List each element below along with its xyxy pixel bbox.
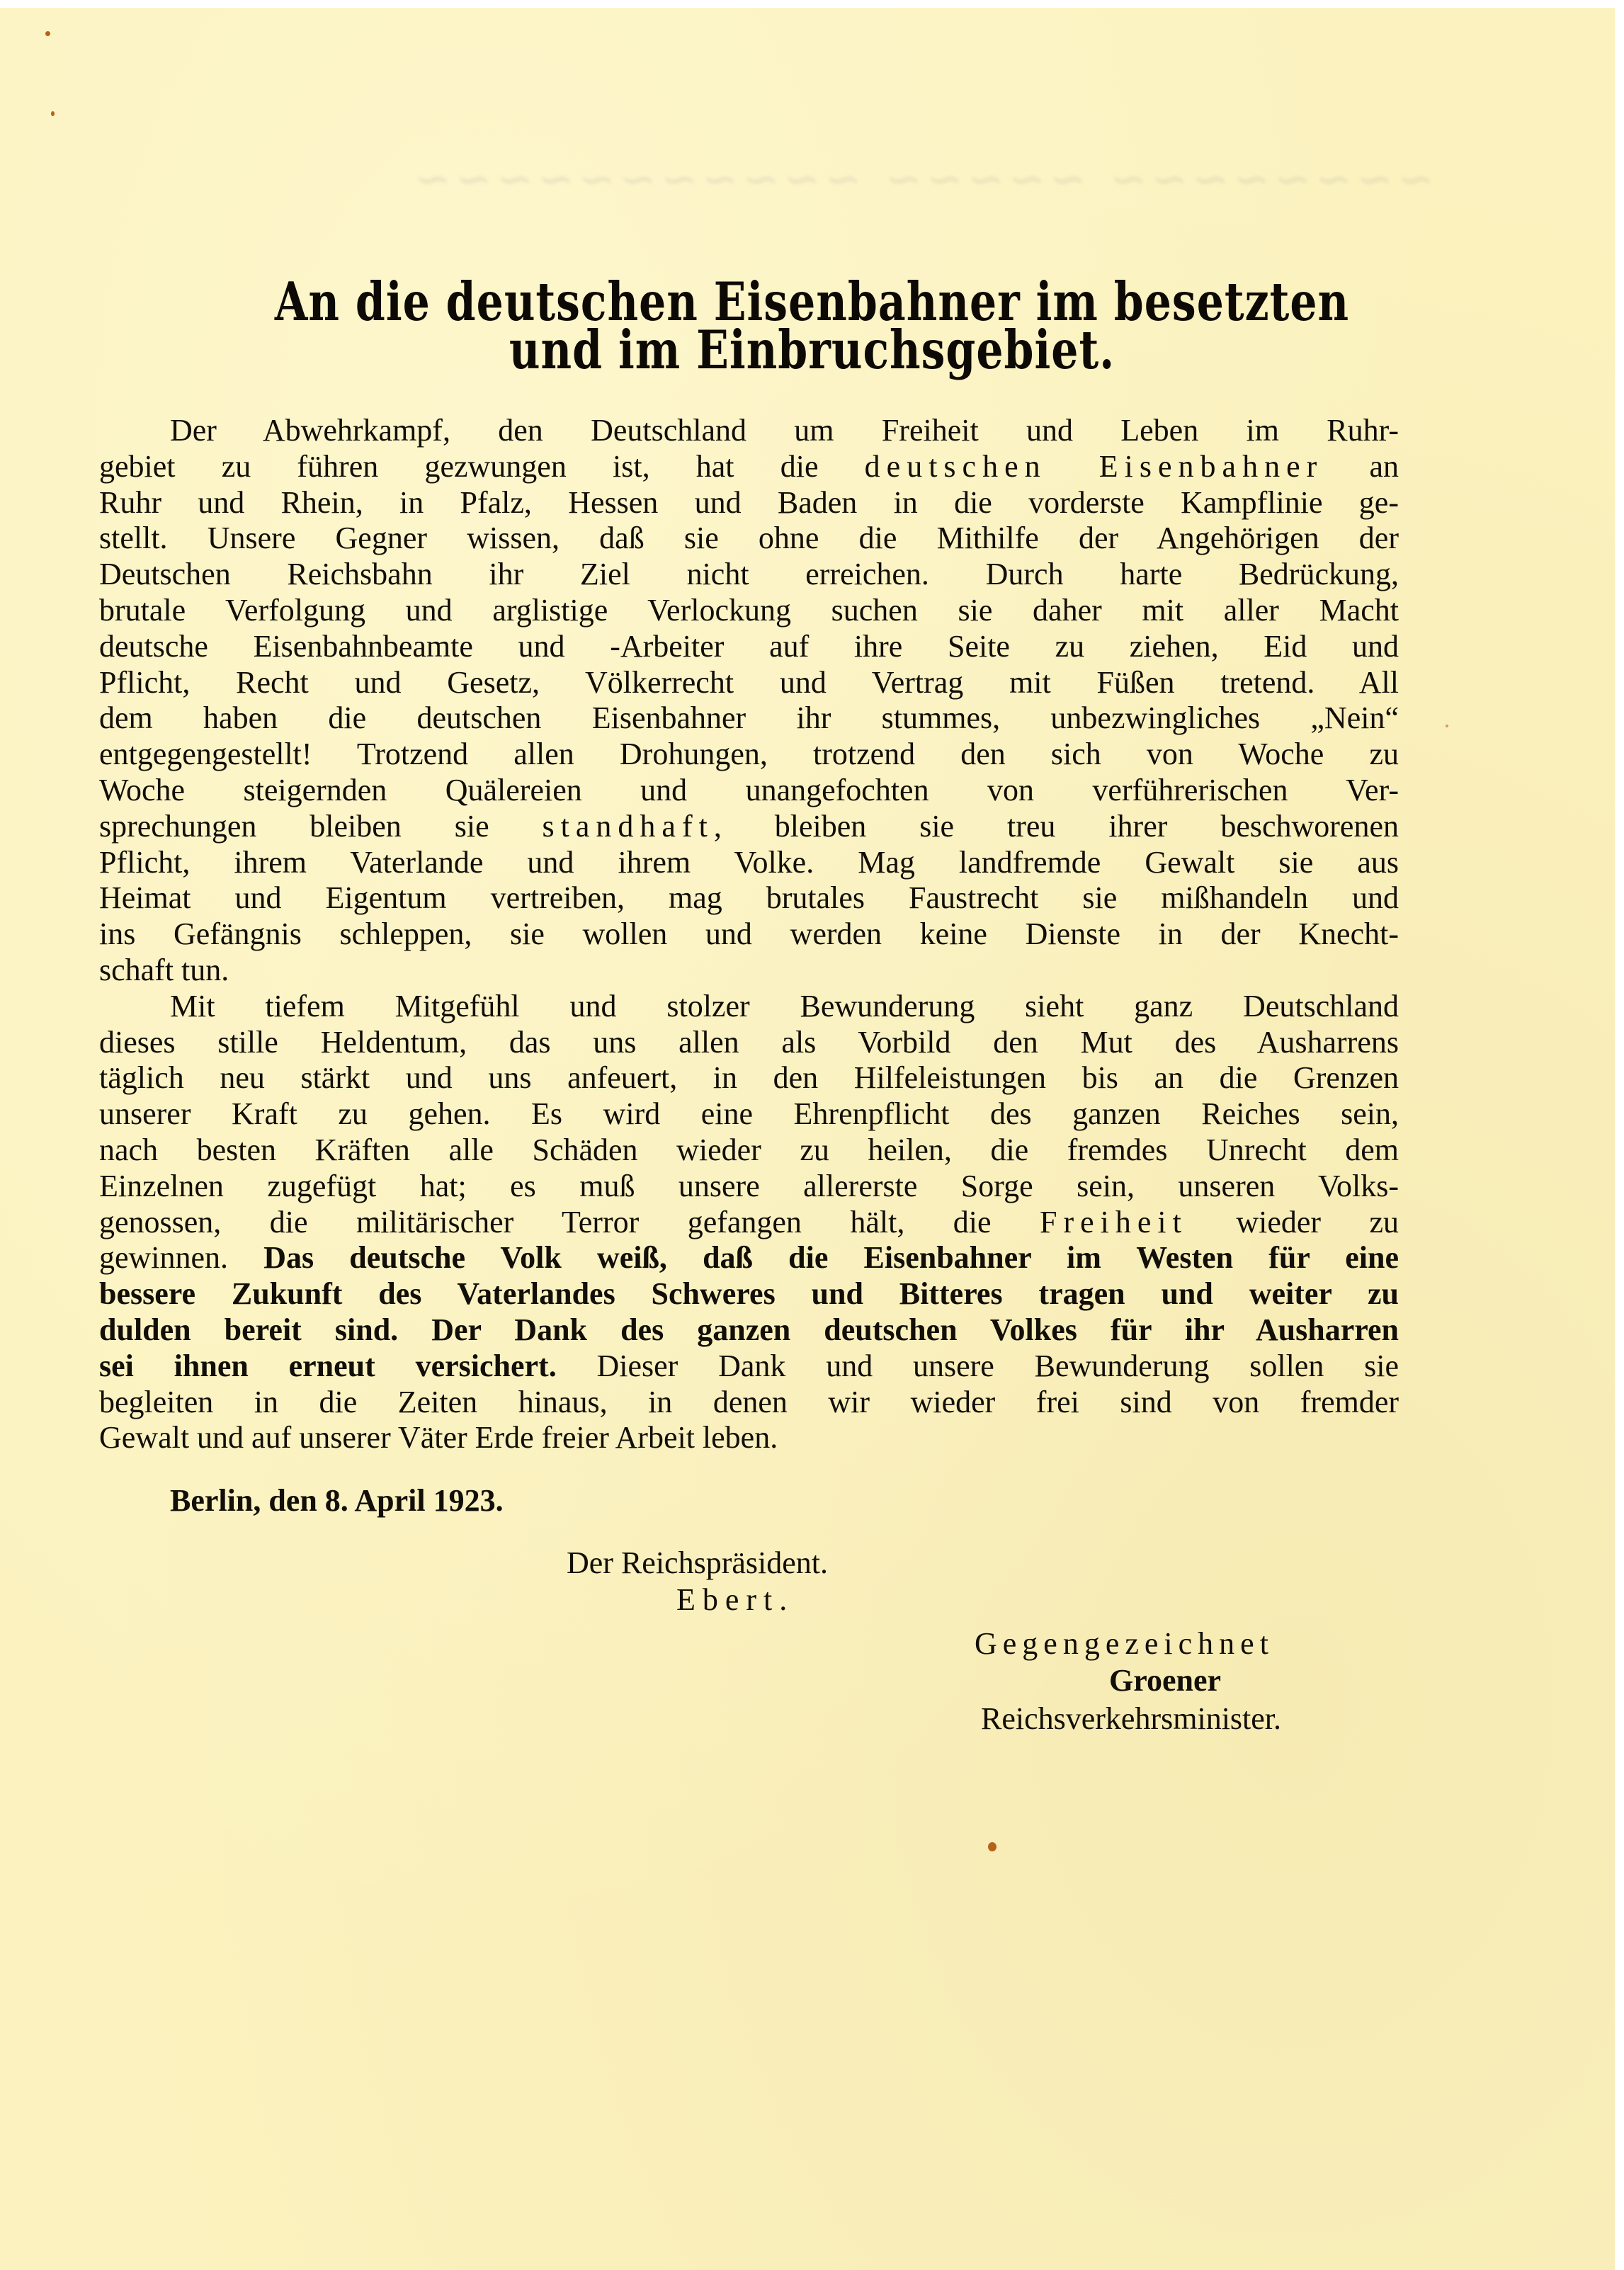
- text-line: nach besten Kräften alle Schäden wieder …: [99, 1133, 1399, 1169]
- text-line: Woche steigernden Quälereien und unangef…: [99, 773, 1399, 809]
- text-line: Pflicht, ihrem Vaterlande und ihrem Volk…: [99, 845, 1399, 881]
- spaced-emphasis: Freiheit: [1040, 1205, 1188, 1239]
- foxing-spot: [988, 1842, 996, 1851]
- text-line: stellt. Unsere Gegner wissen, daß sie oh…: [99, 521, 1399, 557]
- document-title-line-2: und im Einbruchsgebiet.: [0, 319, 1624, 382]
- signatory-title: Der Reichspräsident.: [567, 1545, 828, 1581]
- signatory-name: Ebert.: [676, 1582, 794, 1618]
- paragraph-2: Mit tiefem Mitgefühl und stolzer Bewunde…: [99, 989, 1399, 1456]
- text-line: schaft tun.: [99, 953, 1399, 989]
- text-line: Der Abwehrkampf, den Deutschland um Frei…: [99, 413, 1399, 449]
- spaced-emphasis: deutschen Eisenbahner: [865, 449, 1324, 484]
- countersign-label: Gegengezeichnet: [975, 1625, 1274, 1662]
- text-line: Ruhr und Rhein, in Pfalz, Hessen und Bad…: [99, 485, 1399, 521]
- text-line: täglich neu stärkt und uns anfeuert, in …: [99, 1060, 1399, 1096]
- foxing-spot: [1446, 725, 1448, 727]
- text-line: sprechungen bleiben sie standhaft, bleib…: [99, 809, 1399, 845]
- text-line: Heimat und Eigentum vertreiben, mag brut…: [99, 880, 1399, 916]
- bold-segment: Das deutsche Volk weiß, daß die Eisenbah…: [263, 1240, 1399, 1275]
- paragraph-1: Der Abwehrkampf, den Deutschland um Frei…: [99, 413, 1399, 989]
- text-line: entgegengestellt! Trotzend allen Drohung…: [99, 737, 1399, 773]
- text-line: Mit tiefem Mitgefühl und stolzer Bewunde…: [99, 989, 1399, 1025]
- place-date: Berlin, den 8. April 1923.: [170, 1482, 504, 1519]
- text-line: deutsche Eisenbahnbeamte und -Arbeiter a…: [99, 629, 1399, 665]
- text-line: Gewalt und auf unserer Väter Erde freier…: [99, 1420, 1399, 1456]
- text-line: dulden bereit sind. Der Dank des ganzen …: [99, 1312, 1399, 1349]
- text-line: bessere Zukunft des Vaterlandes Schweres…: [99, 1276, 1399, 1312]
- text-line: gewinnen. Das deutsche Volk weiß, daß di…: [99, 1240, 1399, 1276]
- bleed-through-text: ~~~~~~~~ ~~~~~ ~~~~~~~~~~~: [124, 153, 1434, 203]
- text-line: genossen, die militärischer Terror gefan…: [99, 1205, 1399, 1241]
- text-line: ins Gefängnis schleppen, sie wollen und …: [99, 916, 1399, 953]
- proclamation-body: Der Abwehrkampf, den Deutschland um Frei…: [99, 413, 1399, 1456]
- text-line: dieses stille Heldentum, das uns allen a…: [99, 1025, 1399, 1061]
- countersign-title: Reichsverkehrsminister.: [981, 1701, 1281, 1737]
- text-line: sei ihnen erneut versichert. Dieser Dank…: [99, 1349, 1399, 1385]
- text-line: Deutschen Reichsbahn ihr Ziel nicht erre…: [99, 557, 1399, 593]
- foxing-spot: [51, 111, 55, 116]
- text-line: unserer Kraft zu gehen. Es wird eine Ehr…: [99, 1096, 1399, 1133]
- text-line: brutale Verfolgung und arglistige Verloc…: [99, 593, 1399, 629]
- text-line: begleiten in die Zeiten hinaus, in denen…: [99, 1385, 1399, 1421]
- foxing-spot: [45, 31, 50, 36]
- text-line: Einzelnen zugefügt hat; es muß unsere al…: [99, 1169, 1399, 1205]
- bold-segment: sei ihnen erneut versichert.: [99, 1349, 557, 1383]
- text-line: Pflicht, Recht und Gesetz, Völkerrecht u…: [99, 665, 1399, 701]
- text-line: gebiet zu führen gezwungen ist, hat die …: [99, 449, 1399, 485]
- paper-sheet: ~~~~~~~~ ~~~~~ ~~~~~~~~~~~ An die deutsc…: [0, 8, 1615, 2270]
- countersign-name: Groener: [1109, 1662, 1221, 1698]
- spaced-emphasis: standhaft: [543, 809, 714, 844]
- text-line: dem haben die deutschen Eisenbahner ihr …: [99, 700, 1399, 737]
